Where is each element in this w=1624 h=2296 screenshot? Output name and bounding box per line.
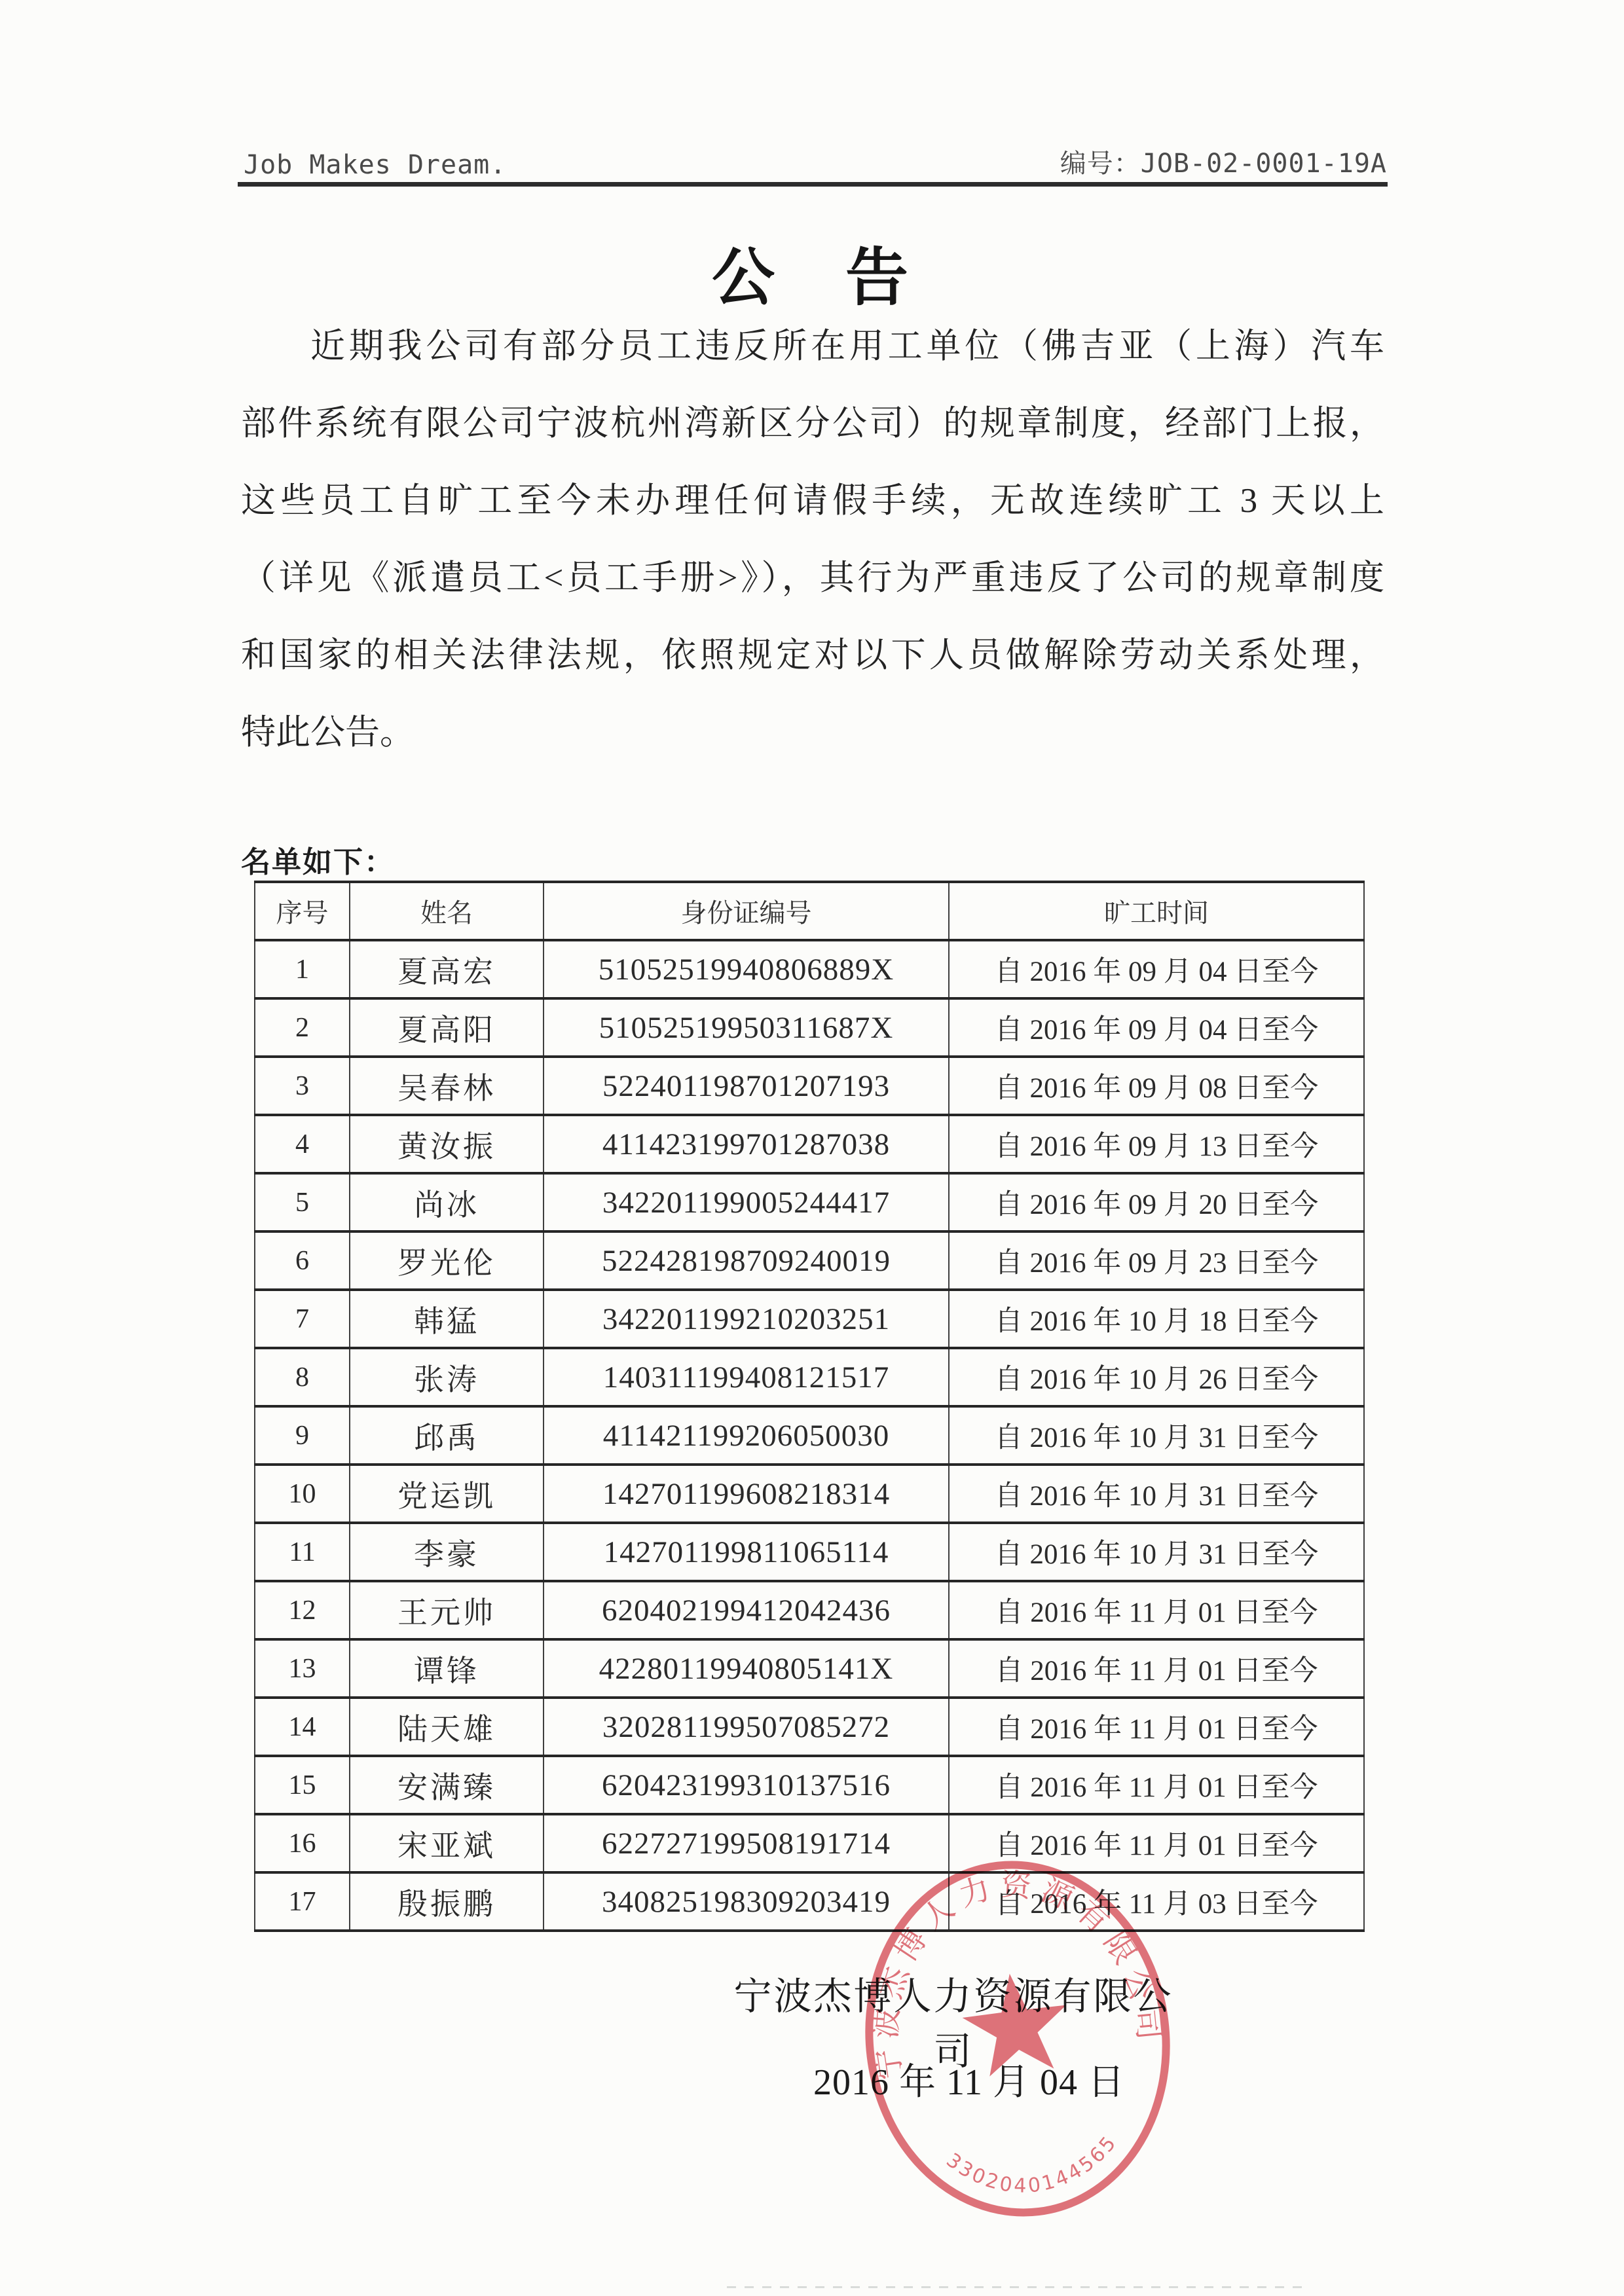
cell-id: 51052519940806889X [544, 940, 949, 998]
cell-period: 自 2016 年 09 月 13 日至今 [949, 1115, 1364, 1173]
table-row: 5尚冰342201199005244417自 2016 年 09 月 20 日至… [255, 1173, 1364, 1231]
body-line: 特此公告。 [241, 694, 1384, 771]
table-header-row: 序号 姓名 身份证编号 旷工时间 [255, 882, 1364, 940]
column-header-id: 身份证编号 [544, 882, 949, 940]
cell-no: 8 [255, 1348, 350, 1406]
table-row: 4黄汝振411423199701287038自 2016 年 09 月 13 日… [255, 1115, 1364, 1173]
cell-no: 15 [255, 1756, 350, 1814]
header-slogan: Job Makes Dream. [244, 150, 506, 180]
header-divider-line [238, 182, 1388, 187]
cell-period: 自 2016 年 09 月 20 日至今 [949, 1173, 1364, 1231]
cell-period: 自 2016 年 11 月 01 日至今 [949, 1581, 1364, 1639]
table-row: 8张涛140311199408121517自 2016 年 10 月 26 日至… [255, 1348, 1364, 1406]
cell-name: 韩猛 [350, 1290, 544, 1348]
body-line: 近期我公司有部分员工违反所在用工单位（佛吉亚（上海）汽车 [241, 308, 1384, 385]
cell-id: 411421199206050030 [544, 1406, 949, 1465]
cell-no: 13 [255, 1639, 350, 1698]
column-header-period: 旷工时间 [949, 882, 1364, 940]
cell-period: 自 2016 年 09 月 04 日至今 [949, 998, 1364, 1057]
cell-period: 自 2016 年 09 月 23 日至今 [949, 1231, 1364, 1290]
stamp-star-icon [958, 1967, 1074, 2079]
cell-name: 陆天雄 [350, 1698, 544, 1756]
cell-name: 安满臻 [350, 1756, 544, 1814]
cell-no: 3 [255, 1057, 350, 1115]
cell-no: 9 [255, 1406, 350, 1465]
table-row: 11李豪142701199811065114自 2016 年 10 月 31 日… [255, 1523, 1364, 1581]
cell-no: 1 [255, 940, 350, 998]
table-row: 3吴春林522401198701207193自 2016 年 09 月 08 日… [255, 1057, 1364, 1115]
cell-name: 黄汝振 [350, 1115, 544, 1173]
cell-id: 140311199408121517 [544, 1348, 949, 1406]
cell-name: 李豪 [350, 1523, 544, 1581]
cell-name: 邱禹 [350, 1406, 544, 1465]
cell-period: 自 2016 年 10 月 26 日至今 [949, 1348, 1364, 1406]
cell-period: 自 2016 年 10 月 31 日至今 [949, 1465, 1364, 1523]
cell-id: 342201199005244417 [544, 1173, 949, 1231]
table-row: 6罗光伦522428198709240019自 2016 年 09 月 23 日… [255, 1231, 1364, 1290]
document-page: Job Makes Dream. 编号：JOB-02-0001-19A 公 告 … [0, 0, 1624, 2296]
cell-id: 411423199701287038 [544, 1115, 949, 1173]
cell-id: 51052519950311687X [544, 998, 949, 1057]
cell-no: 16 [255, 1814, 350, 1872]
list-label: 名单如下： [241, 838, 395, 881]
table-row: 17殷振鹏340825198309203419自 2016 年 11 月 03 … [255, 1872, 1364, 1931]
cell-name: 殷振鹏 [350, 1872, 544, 1931]
cell-period: 自 2016 年 09 月 08 日至今 [949, 1057, 1364, 1115]
cell-id: 42280119940805141X [544, 1639, 949, 1698]
cell-period: 自 2016 年 10 月 31 日至今 [949, 1523, 1364, 1581]
roster-table: 序号 姓名 身份证编号 旷工时间 1夏高宏51052519940806889X自… [254, 881, 1365, 1932]
cell-no: 4 [255, 1115, 350, 1173]
cell-no: 12 [255, 1581, 350, 1639]
table-row: 15安满臻620423199310137516自 2016 年 11 月 01 … [255, 1756, 1364, 1814]
cell-no: 7 [255, 1290, 350, 1348]
cell-id: 320281199507085272 [544, 1698, 949, 1756]
column-header-no: 序号 [255, 882, 350, 940]
cell-period: 自 2016 年 10 月 18 日至今 [949, 1290, 1364, 1348]
cell-name: 吴春林 [350, 1057, 544, 1115]
cell-no: 2 [255, 998, 350, 1057]
cell-no: 6 [255, 1231, 350, 1290]
cell-id: 620423199310137516 [544, 1756, 949, 1814]
table-row: 16宋亚斌622727199508191714自 2016 年 11 月 01 … [255, 1814, 1364, 1872]
cell-name: 宋亚斌 [350, 1814, 544, 1872]
header-doc-number: 编号：JOB-02-0001-19A [1060, 143, 1387, 180]
table-row: 2夏高阳51052519950311687X自 2016 年 09 月 04 日… [255, 998, 1364, 1057]
cell-no: 10 [255, 1465, 350, 1523]
cell-period: 自 2016 年 10 月 31 日至今 [949, 1406, 1364, 1465]
company-stamp: 宁波杰博人力资源有限公司 3302040144565 [816, 1812, 1220, 2266]
table-row: 1夏高宏51052519940806889X自 2016 年 09 月 04 日… [255, 940, 1364, 998]
page-title: 公 告 [0, 228, 1624, 318]
cell-name: 张涛 [350, 1348, 544, 1406]
cell-no: 17 [255, 1872, 350, 1931]
body-line: 部件系统有限公司宁波杭州湾新区分公司）的规章制度，经部门上报， [241, 385, 1384, 462]
body-line: 这些员工自旷工至今未办理任何请假手续，无故连续旷工 3 天以上 [241, 462, 1384, 539]
cell-id: 342201199210203251 [544, 1290, 949, 1348]
cell-period: 自 2016 年 11 月 01 日至今 [949, 1639, 1364, 1698]
cell-id: 522428198709240019 [544, 1231, 949, 1290]
column-header-name: 姓名 [350, 882, 544, 940]
cell-no: 5 [255, 1173, 350, 1231]
cell-name: 党运凯 [350, 1465, 544, 1523]
table-row: 7韩猛342201199210203251自 2016 年 10 月 18 日至… [255, 1290, 1364, 1348]
cell-period: 自 2016 年 09 月 04 日至今 [949, 940, 1364, 998]
body-line: （详见《派遣员工<员工手册>》），其行为严重违反了公司的规章制度 [241, 539, 1384, 617]
cell-no: 11 [255, 1523, 350, 1581]
body-line: 和国家的相关法律法规，依照规定对以下人员做解除劳动关系处理， [241, 617, 1384, 694]
table-row: 13谭锋42280119940805141X自 2016 年 11 月 01 日… [255, 1639, 1364, 1698]
cell-id: 522401198701207193 [544, 1057, 949, 1115]
cell-name: 谭锋 [350, 1639, 544, 1698]
roster-body: 1夏高宏51052519940806889X自 2016 年 09 月 04 日… [255, 940, 1364, 1931]
cell-name: 夏高阳 [350, 998, 544, 1057]
cell-id: 142701199811065114 [544, 1523, 949, 1581]
table-row: 12王元帅620402199412042436自 2016 年 11 月 01 … [255, 1581, 1364, 1639]
cell-name: 罗光伦 [350, 1231, 544, 1290]
announcement-body: 近期我公司有部分员工违反所在用工单位（佛吉亚（上海）汽车 部件系统有限公司宁波杭… [241, 308, 1384, 771]
table-row: 9邱禹411421199206050030自 2016 年 10 月 31 日至… [255, 1406, 1364, 1465]
cell-period: 自 2016 年 11 月 01 日至今 [949, 1698, 1364, 1756]
table-row: 10党运凯142701199608218314自 2016 年 10 月 31 … [255, 1465, 1364, 1523]
cell-name: 夏高宏 [350, 940, 544, 998]
cell-name: 尚冰 [350, 1173, 544, 1231]
page-header: Job Makes Dream. 编号：JOB-02-0001-19A [244, 143, 1387, 180]
cell-id: 142701199608218314 [544, 1465, 949, 1523]
cell-no: 14 [255, 1698, 350, 1756]
cell-id: 620402199412042436 [544, 1581, 949, 1639]
cell-name: 王元帅 [350, 1581, 544, 1639]
table-row: 14陆天雄320281199507085272自 2016 年 11 月 01 … [255, 1698, 1364, 1756]
cell-period: 自 2016 年 11 月 01 日至今 [949, 1756, 1364, 1814]
scan-artifact-line [727, 2286, 1303, 2288]
